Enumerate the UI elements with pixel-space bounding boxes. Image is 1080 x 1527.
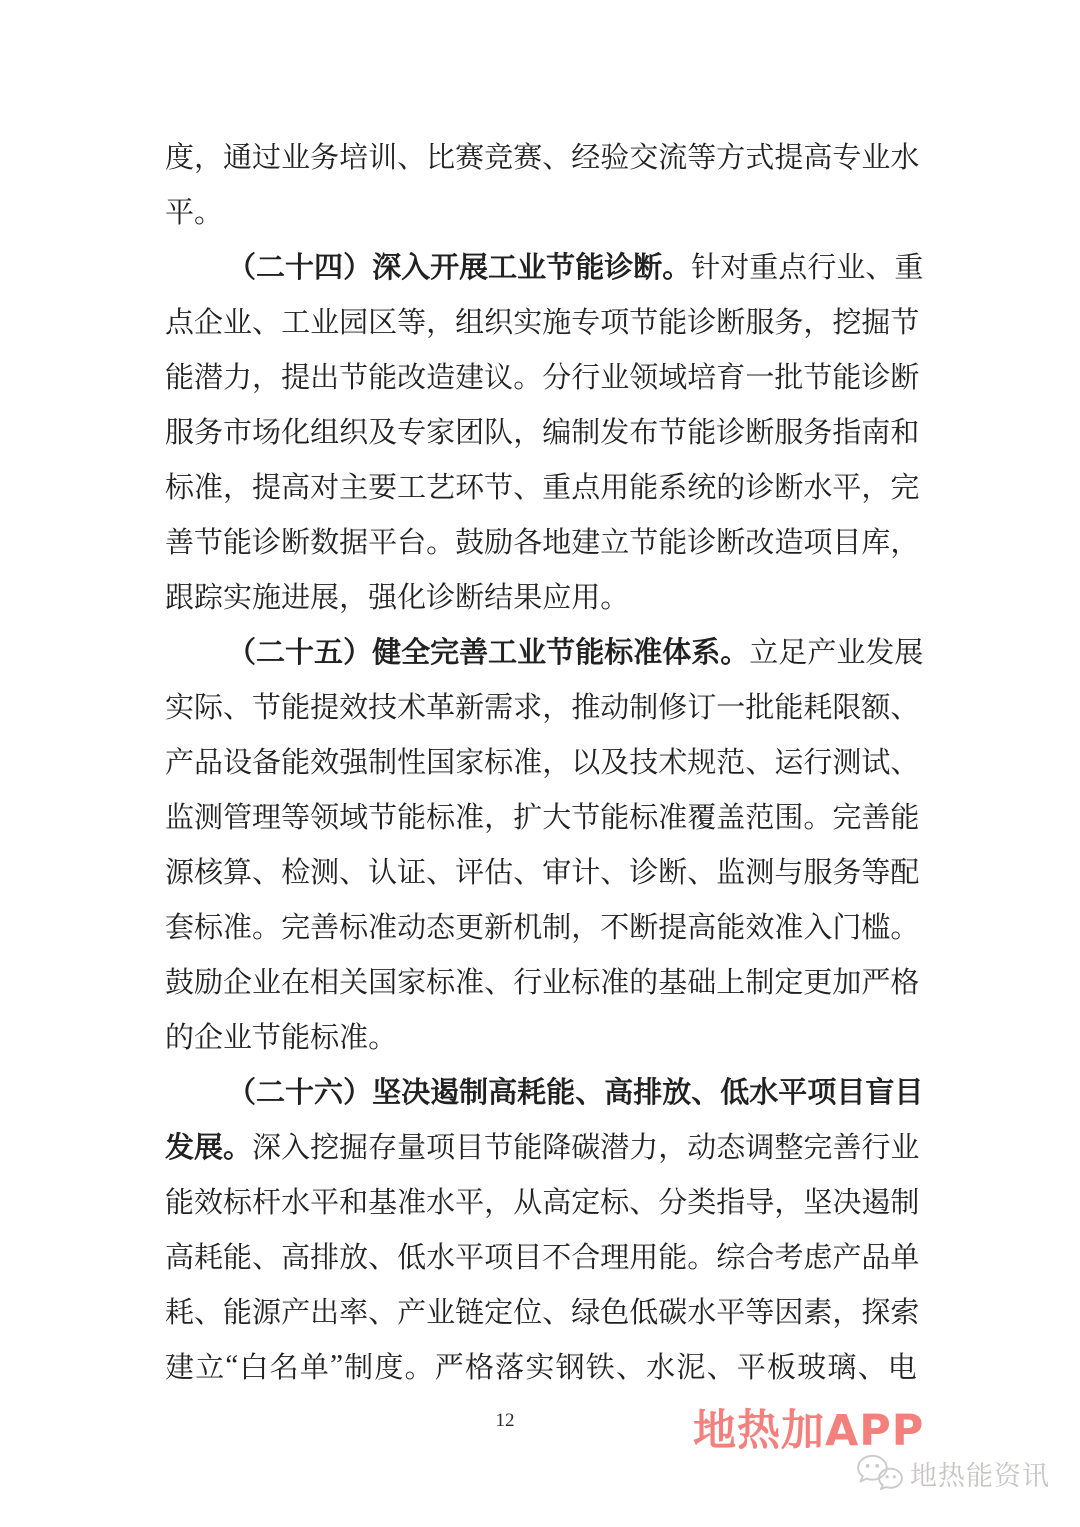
document-page: 度，通过业务培训、比赛竞赛、经验交流等方式提高专业水平。（二十四）深入开展工业节…: [0, 0, 1080, 1527]
text-line: 产品设备能效强制性国家标准，以及技术规范、运行测试、: [165, 733, 917, 788]
text-line: （二十五）健全完善工业节能标准体系。立足产业发展: [165, 623, 917, 678]
text-line: 点企业、工业园区等，组织实施专项节能诊断服务，挖掘节: [165, 293, 917, 348]
text-line: 建立“白名单”制度。严格落实钢铁、水泥、平板玻璃、电: [165, 1338, 917, 1393]
text-line: 的企业节能标准。: [165, 1008, 917, 1063]
text-line: （二十四）深入开展工业节能诊断。针对重点行业、重: [165, 238, 917, 293]
document-body: 度，通过业务培训、比赛竞赛、经验交流等方式提高专业水平。（二十四）深入开展工业节…: [165, 128, 917, 1393]
text-line: 监测管理等领域节能标准，扩大节能标准覆盖范围。完善能: [165, 788, 917, 843]
text-line: 源核算、检测、认证、评估、审计、诊断、监测与服务等配: [165, 843, 917, 898]
text-line: 跟踪实施进展，强化诊断结果应用。: [165, 568, 917, 623]
page-number: 12: [460, 1410, 550, 1432]
text-line: 发展。深入挖掘存量项目节能降碳潜力，动态调整完善行业: [165, 1118, 917, 1173]
text-line: 鼓励企业在相关国家标准、行业标准的基础上制定更加严格: [165, 953, 917, 1008]
text-line: 服务市场化组织及专家团队，编制发布节能诊断服务指南和: [165, 403, 917, 458]
footer-brand: 地热能资讯: [855, 1453, 1050, 1493]
footer-brand-label: 地热能资讯: [910, 1454, 1050, 1493]
text-line: 平。: [165, 183, 917, 238]
text-line: 耗、能源产出率、产业链定位、绿色低碳水平等因素，探索: [165, 1283, 917, 1338]
text-line: 能效标杆水平和基准水平，从高定标、分类指导，坚决遏制: [165, 1173, 917, 1228]
text-line: 高耗能、高排放、低水平项目不合理用能。综合考虑产品单: [165, 1228, 917, 1283]
text-line: 善节能诊断数据平台。鼓励各地建立节能诊断改造项目库，: [165, 513, 917, 568]
text-line: 能潜力，提出节能改造建议。分行业领域培育一批节能诊断: [165, 348, 917, 403]
text-line: 实际、节能提效技术革新需求，推动制修订一批能耗限额、: [165, 678, 917, 733]
wechat-icon: [855, 1453, 905, 1493]
text-line: 标准，提高对主要工艺环节、重点用能系统的诊断水平，完: [165, 458, 917, 513]
text-line: 度，通过业务培训、比赛竞赛、经验交流等方式提高专业水: [165, 128, 917, 183]
watermark-app-badge: 地热加APP: [693, 1405, 917, 1457]
text-line: （二十六）坚决遏制高耗能、高排放、低水平项目盲目: [165, 1063, 917, 1118]
text-line: 套标准。完善标准动态更新机制，不断提高能效准入门槛。: [165, 898, 917, 953]
